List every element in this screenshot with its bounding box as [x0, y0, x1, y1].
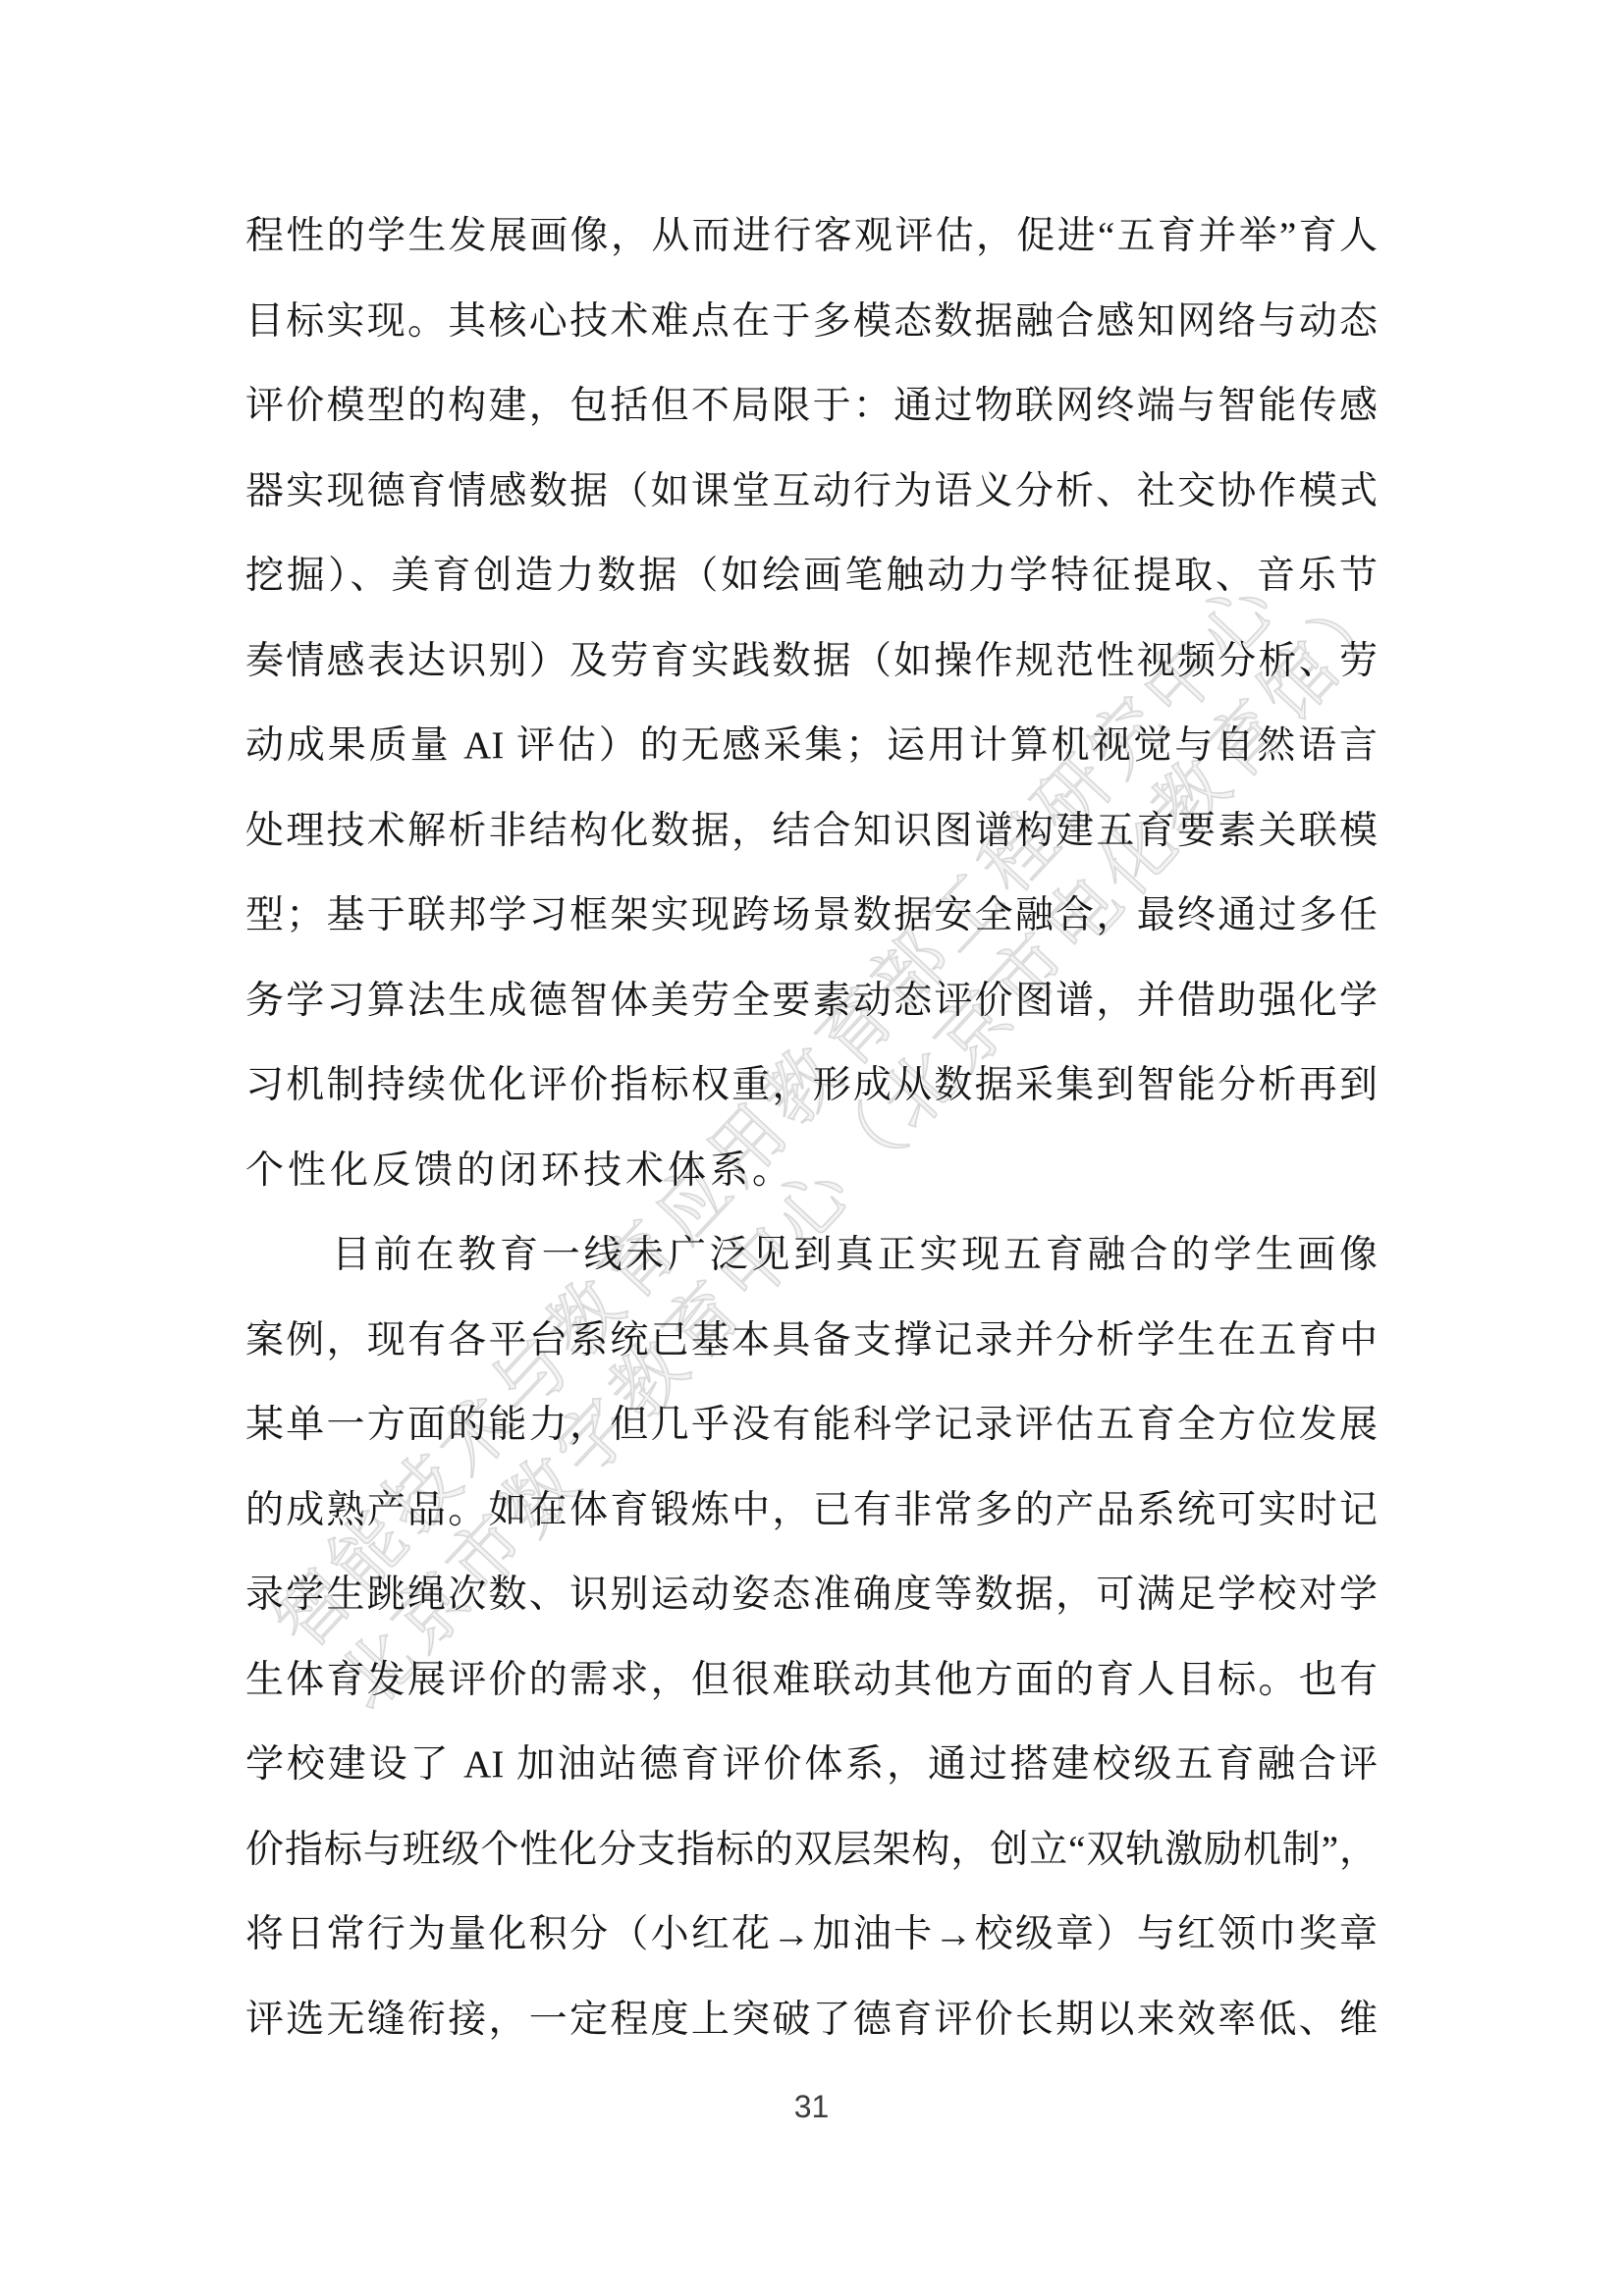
text-line: 奏情感表达识别）及劳育实践数据（如操作规范性视频分析、劳 [245, 619, 1378, 705]
text-line: 某单一方面的能力，但几乎没有能科学记录评估五育全方位发展 [245, 1383, 1378, 1468]
text-line: 务学习算法生成德智体美劳全要素动态评价图谱，并借助强化学 [245, 959, 1378, 1044]
text-line: 学校建设了 AI 加油站德育评价体系，通过搭建校级五育融合评 [245, 1723, 1378, 1808]
text-line: 评选无缝衔接，一定程度上突破了德育评价长期以来效率低、维 [245, 1978, 1378, 2063]
text-line: 动成果质量 AI 评估）的无感采集；运用计算机视觉与自然语言 [245, 704, 1378, 789]
text-line: 的成熟产品。如在体育锻炼中，已有非常多的产品系统可实时记 [245, 1468, 1378, 1554]
text-line-paragraph-end: 个性化反馈的闭环技术体系。 [245, 1129, 1378, 1214]
page-number: 31 [0, 2089, 1623, 2125]
text-line: 评价模型的构建，包括但不局限于：通过物联网终端与智能传感 [245, 364, 1378, 450]
text-line-paragraph-start: 目前在教育一线未广泛见到真正实现五育融合的学生画像 [245, 1213, 1378, 1299]
text-line: 案例，现有各平台系统已基本具备支撑记录并分析学生在五育中 [245, 1299, 1378, 1384]
text-line: 生体育发展评价的需求，但很难联动其他方面的育人目标。也有 [245, 1638, 1378, 1724]
text-line: 型；基于联邦学习框架实现跨场景数据安全融合，最终通过多任 [245, 874, 1378, 959]
body-text: 程性的学生发展画像，从而进行客观评估，促进“五育并举”育人 目标实现。其核心技术… [245, 194, 1378, 2062]
text-line: 挖掘）、美育创造力数据（如绘画笔触动力学特征提取、音乐节 [245, 534, 1378, 619]
text-line: 器实现德育情感数据（如课堂互动行为语义分析、社交协作模式 [245, 450, 1378, 535]
text-line: 价指标与班级个性化分支指标的双层架构，创立“双轨激励机制”， [245, 1808, 1378, 1894]
text-line: 录学生跳绳次数、识别运动姿态准确度等数据，可满足学校对学 [245, 1553, 1378, 1638]
text-line: 处理技术解析非结构化数据，结合知识图谱构建五育要素关联模 [245, 789, 1378, 875]
text-line: 习机制持续优化评价指标权重，形成从数据采集到智能分析再到 [245, 1043, 1378, 1129]
text-line: 目标实现。其核心技术难点在于多模态数据融合感知网络与动态 [245, 280, 1378, 365]
document-page: 智能技术与教育应用教育部工程研究中心 北京市数字教育中心（北京市电化教育馆） 程… [0, 0, 1623, 2296]
text-line: 程性的学生发展画像，从而进行客观评估，促进“五育并举”育人 [245, 194, 1378, 280]
text-line: 将日常行为量化积分（小红花→加油卡→校级章）与红领巾奖章 [245, 1893, 1378, 1978]
